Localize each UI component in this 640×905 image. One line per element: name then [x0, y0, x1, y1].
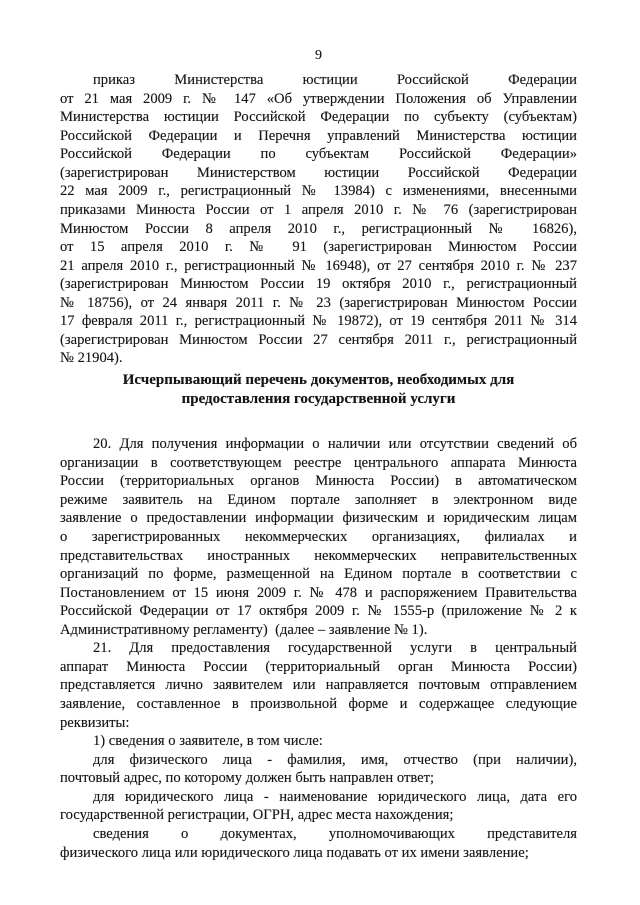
- text-line: Российской Федерации от 17 октября 2009 …: [60, 602, 577, 621]
- paragraph: 1) сведения о заявителе, в том числе:: [60, 732, 577, 751]
- text-line: № 21904).: [60, 349, 577, 368]
- text-line: заявление, составленное в произвольной ф…: [60, 695, 577, 714]
- paragraph: 20. Для получения информации о наличии и…: [60, 435, 577, 639]
- text-line: представляется лично заявителем или напр…: [60, 676, 577, 695]
- text-line: для юридического лица - наименование юри…: [60, 788, 577, 807]
- text-line: № 18756), от 24 января 2011 г. № 23 (зар…: [60, 294, 577, 313]
- text-line: реквизиты:: [60, 714, 577, 733]
- text-line: 1) сведения о заявителе, в том числе:: [60, 732, 577, 751]
- document-text: 9 приказ Министерства юстиции Российской…: [60, 46, 577, 862]
- text-line: Российской Федерации и Перечня управлени…: [60, 127, 577, 146]
- text-line: России (территориальных органов Минюста …: [60, 472, 577, 491]
- text-line: Исчерпывающий перечень документов, необх…: [60, 371, 577, 390]
- text-line: аппарат Минюста России (территориальный …: [60, 658, 577, 677]
- paragraph: приказ Министерства юстиции Российской Ф…: [60, 71, 577, 368]
- text-line: государственной регистрации, ОГРН, адрес…: [60, 806, 577, 825]
- paragraph: 21. Для предоставления государственной у…: [60, 639, 577, 732]
- text-line: 21. Для предоставления государственной у…: [60, 639, 577, 658]
- text-line: физического лица или юридического лица п…: [60, 844, 577, 863]
- text-line: (зарегистрирован Минюстом России 27 сент…: [60, 331, 577, 350]
- text-line: сведения о документах, уполномочивающих …: [60, 825, 577, 844]
- text-line: о зарегистрированных некоммерческих орга…: [60, 528, 577, 547]
- text-line: приказ Министерства юстиции Российской Ф…: [60, 71, 577, 90]
- text-line: представительствах иностранных некоммерч…: [60, 547, 577, 566]
- text-line: (зарегистрирован Минюстом России 19 октя…: [60, 275, 577, 294]
- text-line: 20. Для получения информации о наличии и…: [60, 435, 577, 454]
- text-line: 21 апреля 2010 г., регистрационный № 169…: [60, 257, 577, 276]
- text-line: (зарегистрирован Министерством юстиции Р…: [60, 164, 577, 183]
- text-line: Постановлением от 15 июня 2009 г. № 478 …: [60, 584, 577, 603]
- text-line: для физического лица - фамилия, имя, отч…: [60, 751, 577, 770]
- text-line: от 21 мая 2009 г. № 147 «Об утверждении …: [60, 90, 577, 109]
- paragraph: для физического лица - фамилия, имя, отч…: [60, 751, 577, 788]
- paragraph: сведения о документах, уполномочивающих …: [60, 825, 577, 862]
- text-line: от 15 апреля 2010 г. № 91 (зарегистриров…: [60, 238, 577, 257]
- text-line: Минюстом России 8 апреля 2010 г., регист…: [60, 220, 577, 239]
- text-line: приказами Минюста России от 1 апреля 201…: [60, 201, 577, 220]
- text-line: Министерства юстиции Российской Федераци…: [60, 108, 577, 127]
- text-line: организаций по форме, размещенной на Еди…: [60, 565, 577, 584]
- text-line: 22 мая 2009 г., регистрационный № 13984)…: [60, 182, 577, 201]
- text-line: предоставления государственной услуги: [60, 390, 577, 409]
- text-line: режиме заявитель на Едином портале запол…: [60, 491, 577, 510]
- paragraph: для юридического лица - наименование юри…: [60, 788, 577, 825]
- text-line: заявление о предоставлении информации фи…: [60, 509, 577, 528]
- text-line: почтовый адрес, по которому должен быть …: [60, 769, 577, 788]
- text-line: организации в соответствующем реестре це…: [60, 454, 577, 473]
- text-line: Российской Федерации по субъектам Россий…: [60, 145, 577, 164]
- text-line: 17 февраля 2011 г., регистрационный № 19…: [60, 312, 577, 331]
- scanned-document-page: 9 приказ Министерства юстиции Российской…: [0, 0, 640, 905]
- section-heading: Исчерпывающий перечень документов, необх…: [60, 371, 577, 408]
- text-line: Административному регламенту) (далее – з…: [60, 621, 577, 640]
- page-number: 9: [60, 46, 577, 65]
